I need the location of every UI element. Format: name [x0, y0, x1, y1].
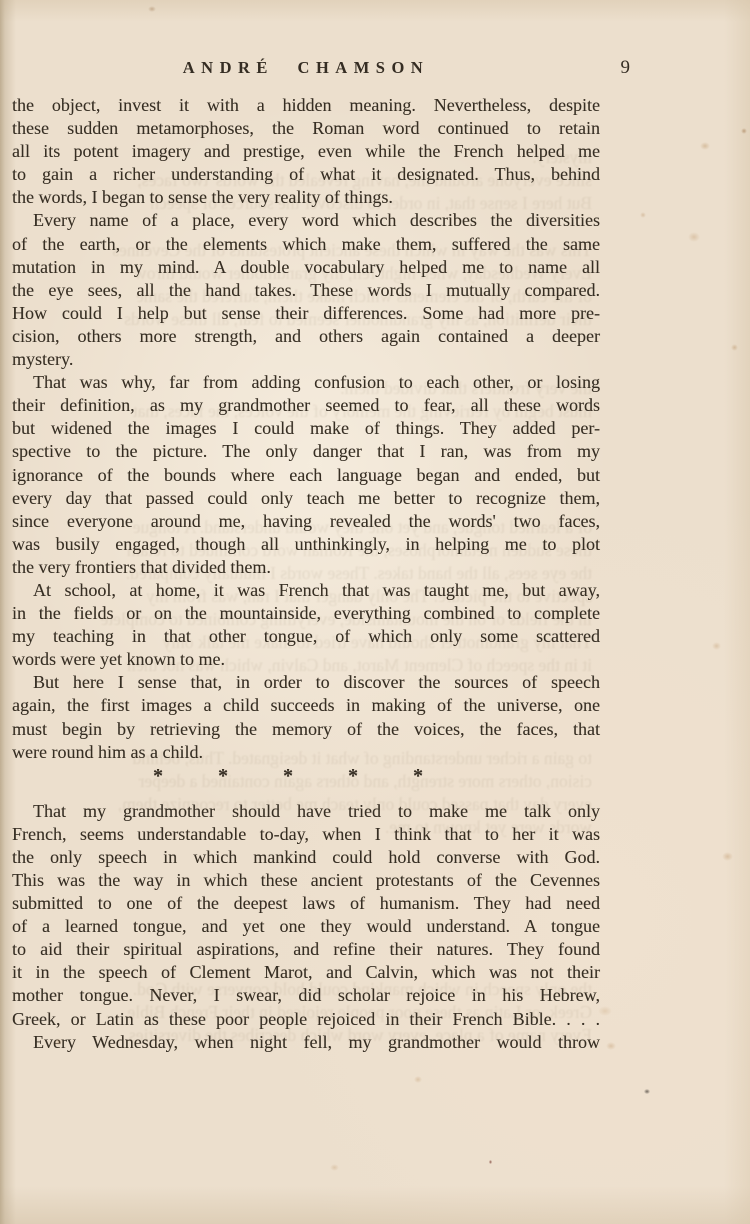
text-line: to aid their spiritual aspirations, and … — [12, 938, 600, 961]
text-line: was busily engaged, though all unthinkin… — [12, 533, 600, 556]
text-line: ignorance of the bounds where each langu… — [12, 464, 600, 487]
text-line: these sudden metamorphoses, the Roman wo… — [12, 117, 600, 140]
text-line: At school, at home, it was French that w… — [12, 579, 600, 602]
text-line: spective to the picture. The only danger… — [12, 440, 600, 463]
section-separator: ***** — [0, 764, 582, 794]
text-line: Greek, or Latin as these poor people rej… — [12, 1008, 600, 1031]
text-line: of a learned tongue, and yet one they wo… — [12, 915, 600, 938]
text-line: of the earth, or the elements which make… — [12, 233, 600, 256]
text-section-1: the object, invest it with a hidden mean… — [12, 94, 600, 764]
asterisk-glyph: * — [218, 764, 228, 794]
text-line: again, the first images a child succeeds… — [12, 694, 600, 717]
text-line: That my grandmother should have tried to… — [12, 800, 600, 823]
text-line: all its potent imagery and prestige, eve… — [12, 140, 600, 163]
foxing-spot — [606, 1042, 616, 1050]
foxing-spot — [148, 6, 156, 12]
foxing-spot — [598, 1006, 612, 1016]
foxing-spot — [722, 852, 733, 861]
text-line: in the fields or on the mountainside, ev… — [12, 602, 600, 625]
text-line: the object, invest it with a hidden mean… — [12, 94, 600, 117]
text-line: every day that passed could only teach m… — [12, 487, 600, 510]
text-line: must begin by retrieving the memory of t… — [12, 718, 600, 741]
asterisk-glyph: * — [413, 764, 423, 794]
text-line: their definition, as my grandmother seem… — [12, 394, 600, 417]
foxing-spot — [731, 344, 738, 351]
text-line: mother tongue. Never, I swear, did schol… — [12, 984, 600, 1007]
text-line: since everyone around me, having reveale… — [12, 510, 600, 533]
foxing-spot — [330, 1164, 339, 1171]
text-line: the only speech in which mankind could h… — [12, 846, 600, 869]
foxing-spot — [700, 142, 710, 150]
text-line: Every Wednesday, when night fell, my gra… — [12, 1031, 600, 1054]
asterisk-glyph: * — [348, 764, 358, 794]
text-line: but widened the images I could make of t… — [12, 417, 600, 440]
foxing-spot — [414, 1076, 422, 1083]
text-line: the eye sees, all the hand takes. These … — [12, 279, 600, 302]
text-line: French, seems understandable to-day, whe… — [12, 823, 600, 846]
text-line: to gain a richer understanding of what i… — [12, 163, 600, 186]
text-line: mutation in my mind. A double vocabulary… — [12, 256, 600, 279]
text-line: How could I help but sense their differe… — [12, 302, 600, 325]
text-line: This was the way in which these ancient … — [12, 869, 600, 892]
text-line: cision, others more strength, and others… — [12, 325, 600, 348]
text-line: But here I sense that, in order to disco… — [12, 671, 600, 694]
foxing-spot — [640, 212, 646, 218]
text-line: it in the speech of Clement Marot, and C… — [12, 961, 600, 984]
text-line: submitted to one of the deepest laws of … — [12, 892, 600, 915]
text-section-2: That my grandmother should have tried to… — [12, 800, 600, 1054]
text-line: That was why, far from adding confusion … — [12, 371, 600, 394]
text-line: the words, I began to sense the very rea… — [12, 186, 600, 209]
text-line: words were yet known to me. — [12, 648, 600, 671]
running-header-title: ANDRÉ CHAMSON — [12, 58, 600, 78]
asterisk-glyph: * — [153, 764, 163, 794]
text-line: the very frontiers that divided them. — [12, 556, 600, 579]
foxing-spot — [712, 642, 721, 650]
body-text: the object, invest it with a hidden mean… — [12, 94, 600, 1054]
text-line: Every name of a place, every word which … — [12, 209, 600, 232]
text-line: mystery. — [12, 348, 600, 371]
foxing-spot — [741, 128, 747, 134]
ink-speck — [644, 1089, 650, 1094]
text-line: my teaching in that other tongue, of whi… — [12, 625, 600, 648]
text-line: were round him as a child. — [12, 741, 600, 764]
book-page: mystery.since everyone around me, having… — [0, 0, 750, 1224]
page-number: 9 — [598, 57, 630, 79]
ink-speck — [489, 1160, 492, 1164]
foxing-spot — [688, 232, 700, 242]
asterisk-glyph: * — [283, 764, 293, 794]
